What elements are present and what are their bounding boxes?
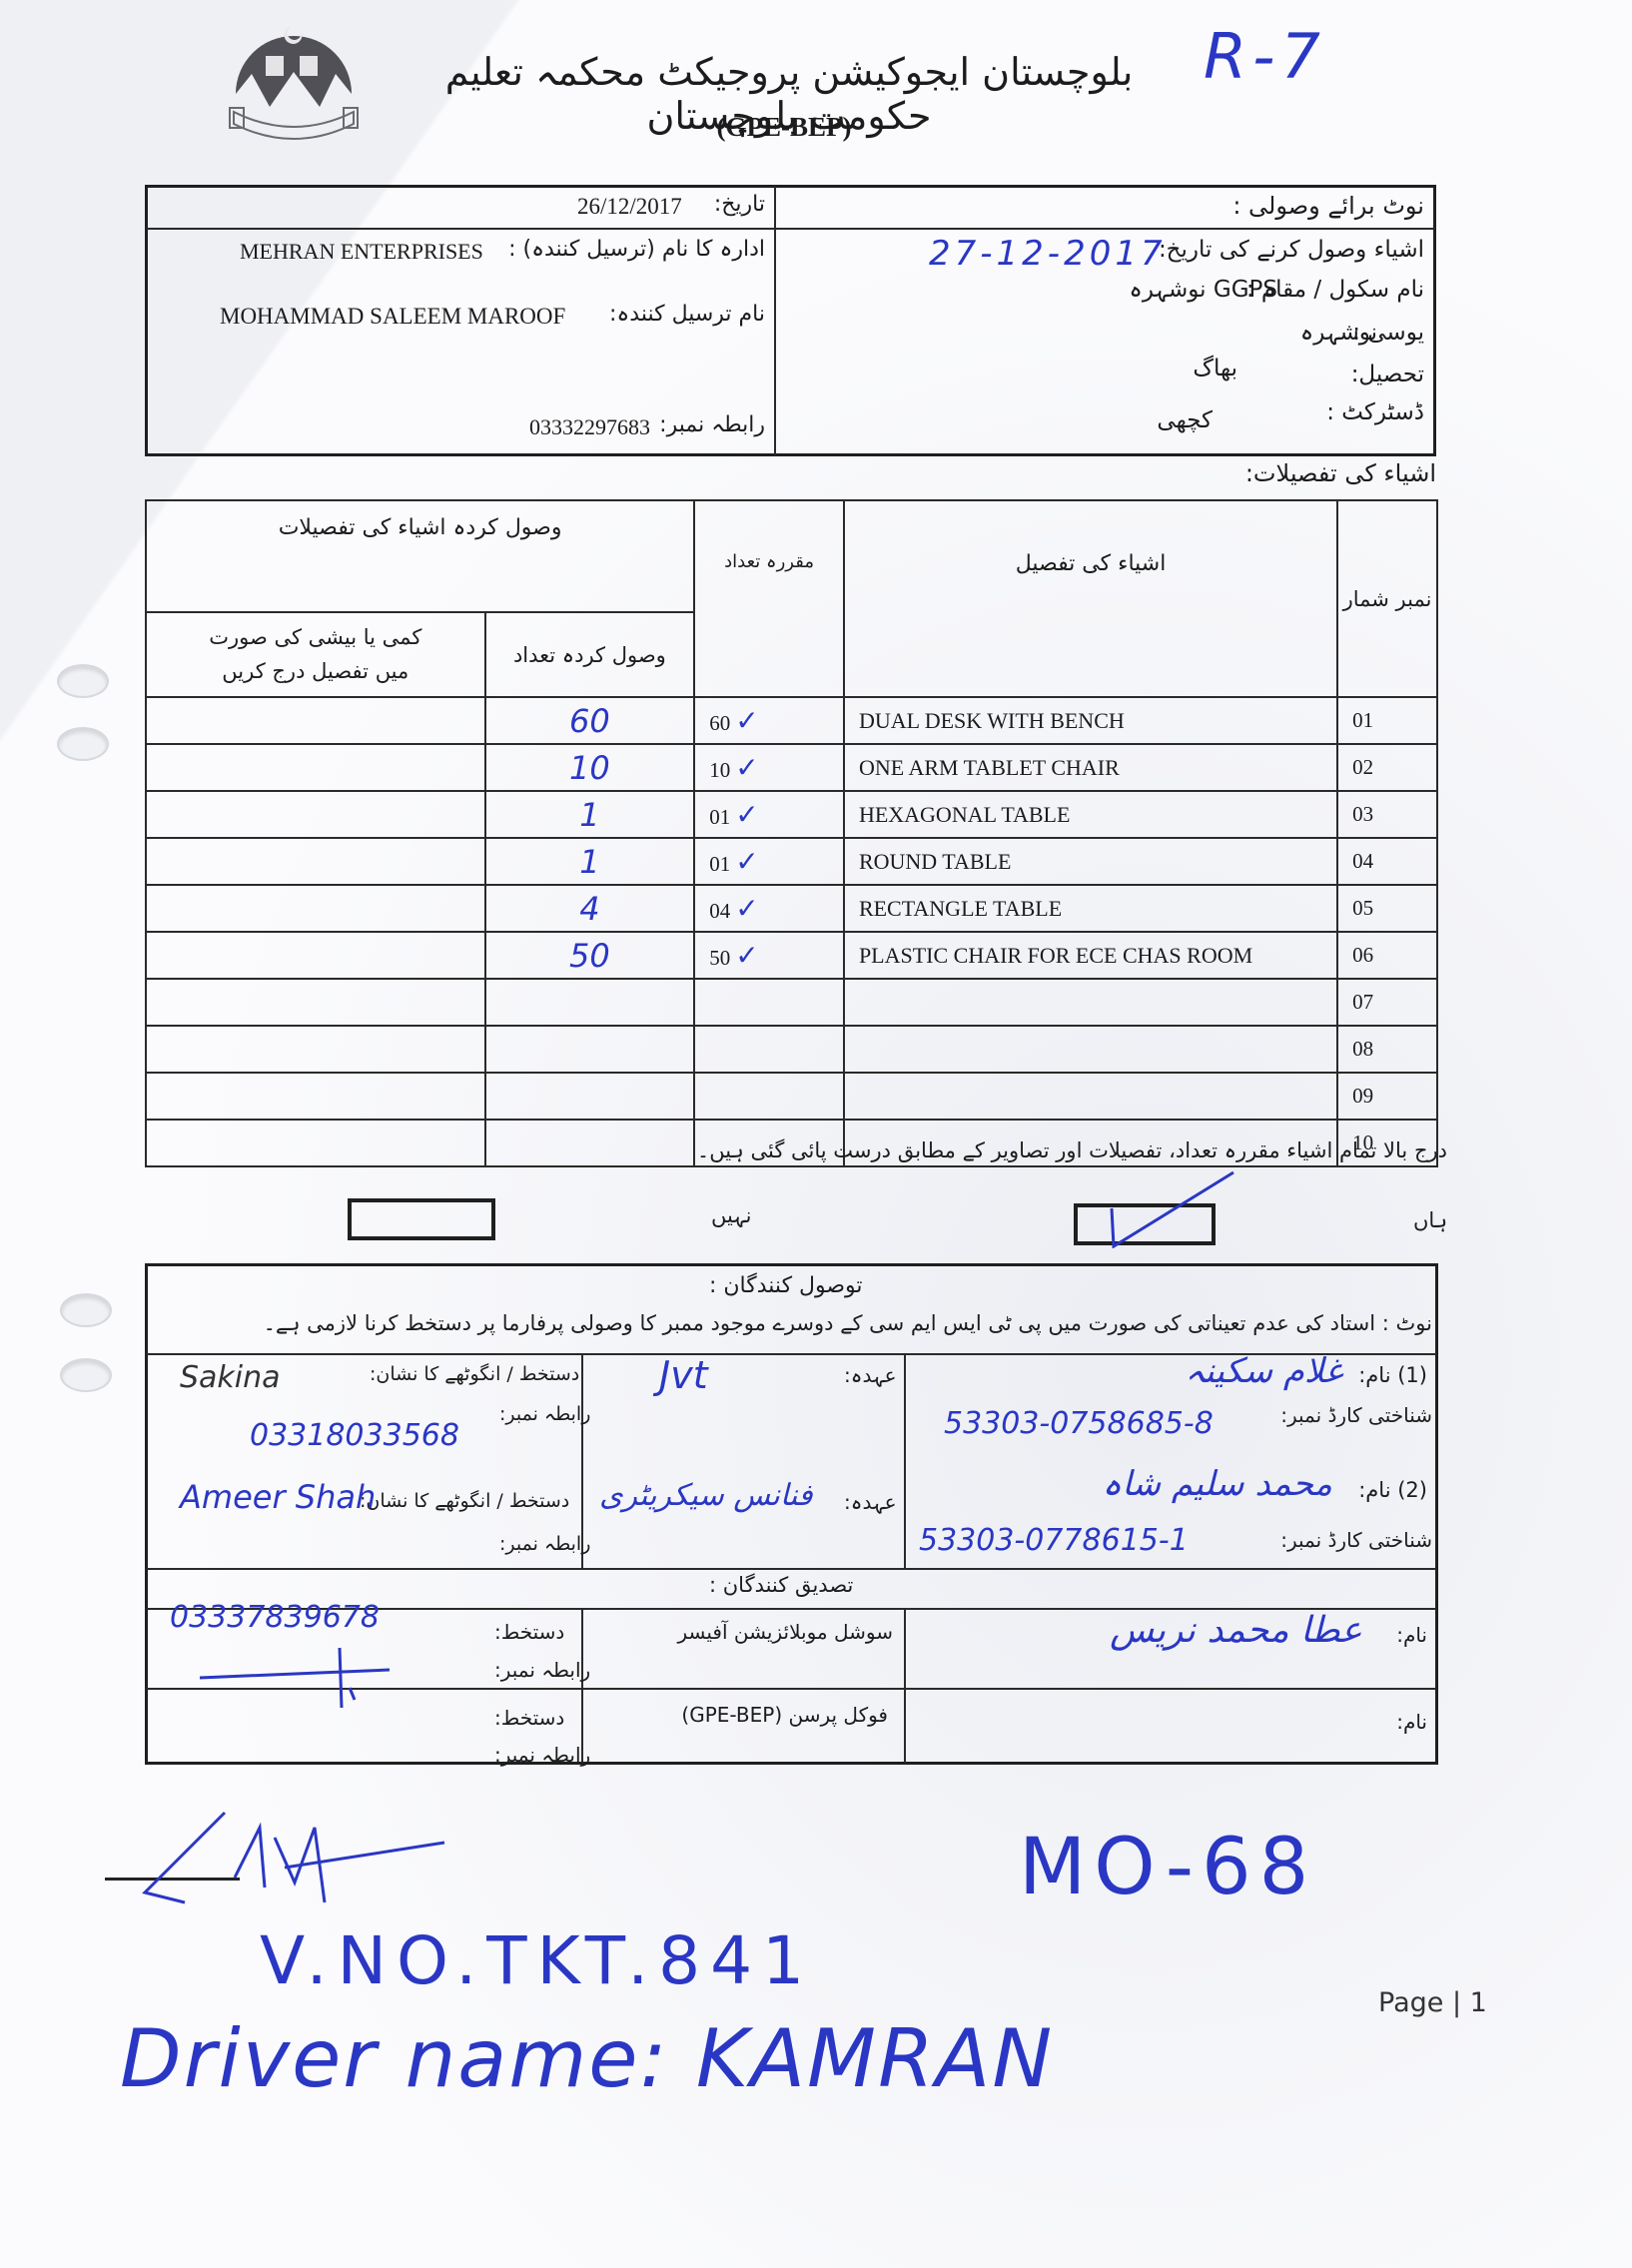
school-value: GGPS نوشہرہ <box>1129 277 1277 303</box>
table-row: 1 01 ✓ ROUND TABLE 04 <box>146 838 1437 885</box>
verifier-2-contact-label: رابطہ نمبر: <box>494 1743 590 1767</box>
serial-cell: 05 <box>1337 885 1437 932</box>
receiver-1-cnic-label: شناختی کارڈ نمبر: <box>1280 1403 1432 1427</box>
no-checkbox[interactable] <box>348 1198 495 1240</box>
handwritten-ref: R-7 <box>1204 20 1326 93</box>
receiver-1-contact-label: رابطہ نمبر: <box>499 1403 590 1425</box>
no-label: نہیں <box>711 1203 751 1227</box>
table-row: 50 50 ✓ PLASTIC CHAIR FOR ECE CHAS ROOM … <box>146 932 1437 979</box>
description-cell <box>844 1026 1337 1073</box>
receiver-2-cnic-label: شناختی کارڈ نمبر: <box>1280 1528 1432 1552</box>
receiver-1-cnic: 53303-0758685-8 <box>944 1406 1214 1441</box>
col-description: اشیاء کی تفصیل <box>844 500 1337 697</box>
receivers-heading: توصول کنندگان : <box>709 1273 863 1298</box>
receiver-1-name-label: (1) نام: <box>1358 1363 1427 1387</box>
check-mark-icon <box>1104 1168 1253 1248</box>
col-shortfall: کمی یا بیشی کی صورت میں تفصیل درج کریں <box>146 612 485 697</box>
verifier-1-contact-label: رابطہ نمبر: <box>494 1658 590 1682</box>
supplier-contact-value: 03332297683 <box>529 414 650 440</box>
description-cell: PLASTIC CHAIR FOR ECE CHAS ROOM <box>844 932 1337 979</box>
receive-date-label: اشیاء وصول کرنے کی تاریخ: <box>1159 237 1424 263</box>
col-received-qty: وصول کردہ تعداد <box>485 612 695 697</box>
fixed-qty-cell: 60 ✓ <box>694 697 844 744</box>
receiver-1-designation-label: عہدہ: <box>844 1363 897 1387</box>
district-label: ڈسٹرکٹ : <box>1326 399 1424 425</box>
received-qty-cell[interactable] <box>485 979 695 1026</box>
received-qty-cell[interactable]: 50 <box>485 932 695 979</box>
description-cell: RECTANGLE TABLE <box>844 885 1337 932</box>
verifier-2-signature-label: دستخط: <box>494 1706 564 1730</box>
received-qty-cell[interactable]: 1 <box>485 838 695 885</box>
driver-name-note: Driver name: KAMRAN <box>120 2012 1054 2105</box>
issue-date-label: تاریخ: <box>714 192 765 217</box>
serial-cell: 08 <box>1337 1026 1437 1073</box>
district-value: کچھی <box>1157 407 1213 433</box>
shortfall-cell[interactable] <box>146 697 485 744</box>
receiver-2-designation-label: عہدہ: <box>844 1490 897 1514</box>
serial-cell: 02 <box>1337 744 1437 791</box>
receiver-2-signature-label: دستخط / انگوٹھے کا نشان: <box>360 1490 569 1512</box>
fixed-qty-cell <box>694 1026 844 1073</box>
serial-cell: 06 <box>1337 932 1437 979</box>
table-row: 60 60 ✓ DUAL DESK WITH BENCH 01 <box>146 697 1437 744</box>
shortfall-cell[interactable] <box>146 1120 485 1166</box>
divider <box>146 228 1435 230</box>
punch-hole <box>57 727 109 761</box>
table-row: 1 01 ✓ HEXAGONAL TABLE 03 <box>146 791 1437 838</box>
serial-cell: 09 <box>1337 1073 1437 1120</box>
page-number: Page | 1 <box>1378 1987 1487 2018</box>
description-cell: HEXAGONAL TABLE <box>844 791 1337 838</box>
verifier-2-name-label: نام: <box>1396 1710 1427 1734</box>
received-qty-cell[interactable] <box>485 1073 695 1120</box>
col-serial: نمبر شمار <box>1337 500 1437 697</box>
received-qty-cell[interactable] <box>485 1026 695 1073</box>
description-cell: ONE ARM TABLET CHAIR <box>844 744 1337 791</box>
received-qty-cell[interactable] <box>485 1120 695 1166</box>
received-qty-cell[interactable]: 1 <box>485 791 695 838</box>
fixed-qty-cell: 50 ✓ <box>694 932 844 979</box>
issue-date-value: 26/12/2017 <box>577 194 682 220</box>
col-received-group: وصول کردہ اشیاء کی تفصیلات <box>146 500 694 612</box>
table-row: 10 10 ✓ ONE ARM TABLET CHAIR 02 <box>146 744 1437 791</box>
col-fixed-qty: مقررہ تعداد <box>694 500 844 697</box>
received-qty-cell[interactable]: 10 <box>485 744 695 791</box>
serial-cell: 07 <box>1337 979 1437 1026</box>
punch-hole <box>57 664 109 698</box>
shortfall-cell[interactable] <box>146 1026 485 1073</box>
verifier-2-role: فوکل پرسن (GPE-BEP) <box>681 1703 888 1727</box>
check-mark-icon: ✓ <box>735 798 758 831</box>
shortfall-cell[interactable] <box>146 791 485 838</box>
table-row: 4 04 ✓ RECTANGLE TABLE 05 <box>146 885 1437 932</box>
check-mark-icon: ✓ <box>735 939 758 972</box>
divider <box>904 1608 906 1763</box>
receive-date-value: 27-12-2017 <box>929 234 1167 274</box>
items-section-label: اشیاء کی تفصیلات: <box>1245 459 1436 487</box>
divider <box>146 1568 1436 1570</box>
description-cell: ROUND TABLE <box>844 838 1337 885</box>
divider <box>774 186 776 455</box>
receiver-2-signature[interactable]: Ameer Shah <box>180 1478 376 1516</box>
supplier-org-label: ادارہ کا نام (ترسیل کنندہ) : <box>508 237 765 262</box>
supplier-contact-label: رابطہ نمبر: <box>659 412 765 437</box>
divider <box>904 1353 906 1568</box>
serial-cell: 03 <box>1337 791 1437 838</box>
serial-cell: 04 <box>1337 838 1437 885</box>
tehsil-label: تحصیل: <box>1351 362 1424 387</box>
vehicle-number-note: V.NO.TKT.841 <box>260 1922 814 1999</box>
fixed-qty-cell <box>694 979 844 1026</box>
supplier-name-label: نام ترسیل کنندہ: <box>609 302 765 327</box>
receivers-note: نوٹ : استاد کی عدم تعیناتی کی صورت میں پ… <box>264 1311 1432 1335</box>
received-qty-cell[interactable]: 60 <box>485 697 695 744</box>
description-cell <box>844 1073 1337 1120</box>
verifier-1-signature-label: دستخط: <box>494 1620 564 1644</box>
receiver-2-name: محمد سلیم شاہ <box>1102 1463 1332 1504</box>
receiver-2-designation: فنانس سیکریٹری <box>599 1478 812 1513</box>
check-mark-icon: ✓ <box>735 845 758 878</box>
tehsil-value: بھاگ <box>1193 356 1237 381</box>
table-row: 08 <box>146 1026 1437 1073</box>
shortfall-cell[interactable] <box>146 1073 485 1120</box>
punch-hole <box>60 1293 112 1327</box>
receiver-1-contact: 03318033568 <box>250 1418 459 1453</box>
shortfall-cell[interactable] <box>146 885 485 932</box>
table-row: 09 <box>146 1073 1437 1120</box>
yes-label: ہاں <box>1413 1208 1447 1232</box>
supplier-name-value: MOHAMMAD SALEEM MAROOF <box>220 304 565 330</box>
shortfall-cell[interactable] <box>146 979 485 1026</box>
divider <box>581 1608 583 1763</box>
supplier-org-value: MEHRAN ENTERPRISES <box>240 239 483 265</box>
check-mark-icon: ✓ <box>735 892 758 925</box>
check-mark-icon: ✓ <box>735 751 758 784</box>
shortfall-cell[interactable] <box>146 932 485 979</box>
receiver-2-contact-label: رابطہ نمبر: <box>499 1533 590 1555</box>
fixed-qty-cell: 01 ✓ <box>694 791 844 838</box>
receipt-note-heading: نوٹ برائے وصولی : <box>1232 192 1424 220</box>
receiver-2-cnic: 53303-0778615-1 <box>919 1523 1189 1558</box>
header-subtitle: (GPE-BEP) <box>699 112 869 143</box>
verifiers-heading: تصدیق کنندگان : <box>709 1573 853 1597</box>
verifier-1-contact: 03337839678 <box>170 1600 380 1635</box>
serial-cell: 01 <box>1337 697 1437 744</box>
receiver-1-signature-label: دستخط / انگوٹھے کا نشان: <box>370 1363 579 1385</box>
receiver-2-name-label: (2) نام: <box>1358 1478 1427 1502</box>
receiver-1-signature[interactable]: Sakina <box>180 1360 281 1395</box>
fixed-qty-cell <box>694 1073 844 1120</box>
table-row: 07 <box>146 979 1437 1026</box>
verifier-1-name-label: نام: <box>1396 1623 1427 1647</box>
description-cell <box>844 979 1337 1026</box>
description-cell: DUAL DESK WITH BENCH <box>844 697 1337 744</box>
fixed-qty-cell: 04 ✓ <box>694 885 844 932</box>
supplier-signature[interactable] <box>125 1808 474 1917</box>
fixed-qty-cell: 01 ✓ <box>694 838 844 885</box>
confirmation-statement: درج بالا تمام اشیاء مقررہ تعداد، تفصیلات… <box>697 1138 1447 1162</box>
receiver-1-name: غلام سکینہ <box>1185 1350 1342 1391</box>
shortfall-cell[interactable] <box>146 744 485 791</box>
balochistan-emblem-icon <box>228 12 360 152</box>
verifier-1-name: عطا محمد نریس <box>1110 1610 1362 1651</box>
ref-code-note: MO-68 <box>1019 1823 1316 1912</box>
check-mark-icon: ✓ <box>735 704 758 737</box>
punch-hole <box>60 1358 112 1392</box>
verifier-1-signature[interactable] <box>190 1638 409 1718</box>
items-table: وصول کردہ اشیاء کی تفصیلات مقررہ تعداد ا… <box>145 499 1438 1167</box>
receiver-1-designation: Jvt <box>659 1353 708 1397</box>
shortfall-cell[interactable] <box>146 838 485 885</box>
fixed-qty-cell: 10 ✓ <box>694 744 844 791</box>
uc-value: نوشہرہ <box>1300 320 1377 346</box>
received-qty-cell[interactable]: 4 <box>485 885 695 932</box>
verifier-1-role: سوشل موبلائزیشن آفیسر <box>677 1620 893 1644</box>
